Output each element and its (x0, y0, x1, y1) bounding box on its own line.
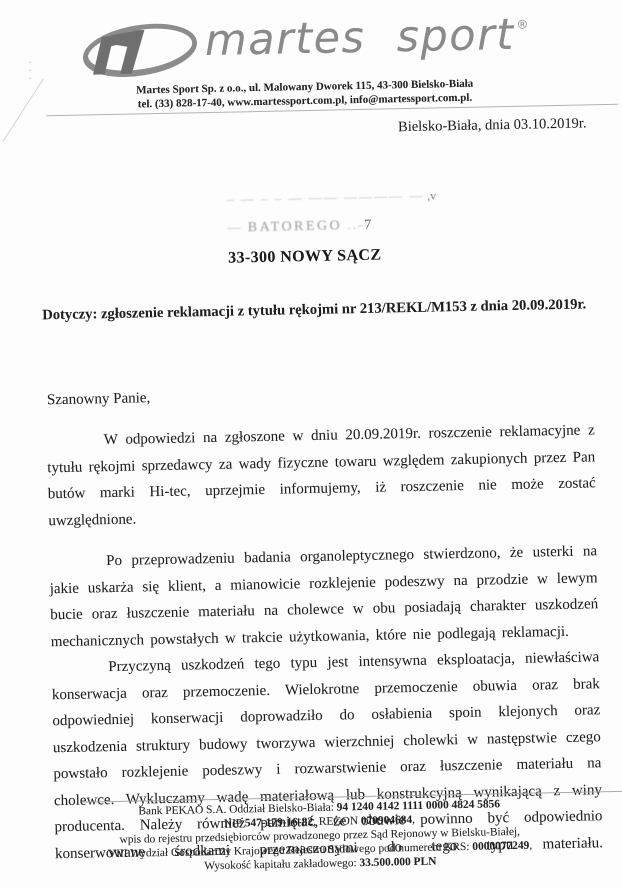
recipient-street-redacted: — BATOREGO ..-7 (227, 209, 437, 241)
scan-dust-artifact: ··· (28, 60, 32, 84)
date-line: Bielsko-Biała, dnia 03.10.2019r. (398, 115, 587, 136)
salutation: Szanowny Panie, (47, 390, 151, 409)
subject-line: Dotyczy: zgłoszenie reklamacji z tytułu … (42, 296, 596, 324)
recipient-name-redacted: – — – – — —— ———— — ,v (227, 181, 437, 213)
scan-tilt-wrapper: ··· martes sport® Martes Sport Sp. z o.o… (0, 0, 622, 888)
martes-sport-logo-icon (78, 20, 203, 82)
body-paragraph-1: W odpowiedzi na zgłoszone w dniu 20.09.2… (47, 417, 597, 534)
logo-wordmark-text: martes sport (204, 10, 515, 66)
recipient-address-block: – — – – — —— ———— — ,v — BATOREGO ..-7 3… (227, 181, 438, 271)
logo-wordmark: martes sport® (204, 10, 529, 66)
scanned-letter-page: ··· martes sport® Martes Sport Sp. z o.o… (0, 0, 622, 888)
letter-footer: Bank PEKAO S.A. Oddział Bielsko-Biała: 9… (8, 791, 622, 878)
registered-trademark-symbol: ® (516, 18, 528, 32)
recipient-city-line: 33-300 NOWY SĄCZ (228, 240, 438, 271)
body-paragraph-2: Po przeprowadzeniu badania organoleptycz… (49, 538, 599, 655)
footer-registry-info: Bank PEKAO S.A. Oddział Bielsko-Biała: 9… (8, 796, 622, 878)
